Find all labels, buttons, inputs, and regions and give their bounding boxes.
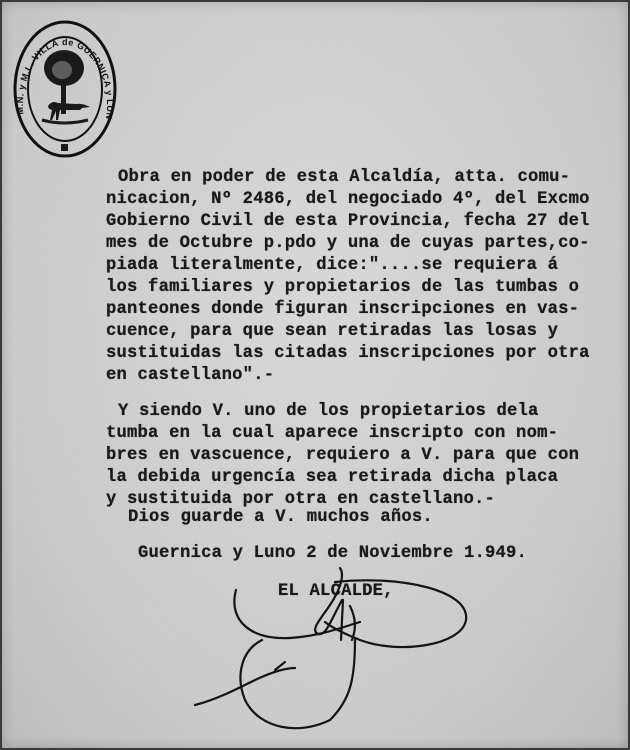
text-line: panteones donde figuran inscripciones en… bbox=[106, 300, 579, 319]
letter-body: Obra en poder de esta Alcaldía, atta. co… bbox=[0, 0, 630, 418]
text-line: sustituidas las citadas inscripciones po… bbox=[106, 344, 590, 363]
text-line: y sustituida por otra en castellano.- bbox=[106, 490, 495, 509]
text-line: la debida urgencía sea retirada dicha pl… bbox=[106, 468, 558, 487]
text-line: los familiares y propietarios de las tum… bbox=[106, 278, 579, 297]
text-line: nicacion, Nº 2486, del negociado 4º, del… bbox=[106, 190, 590, 209]
text-line: Obra en poder de esta Alcaldía, atta. co… bbox=[118, 168, 570, 187]
closing-line: Dios guarde a V. muchos años. bbox=[128, 508, 433, 527]
text-line: mes de Octubre p.pdo y una de cuyas part… bbox=[106, 234, 590, 253]
text-line: Gobierno Civil de esta Provincia, fecha … bbox=[106, 212, 590, 231]
text-line: Y siendo V. uno de los propietarios dela bbox=[118, 402, 539, 421]
text-line: cuence, para que sean retiradas las losa… bbox=[106, 322, 558, 341]
signatory-title: EL ALCALDE, bbox=[278, 582, 394, 601]
text-line: bres en vascuence, requiero a V. para qu… bbox=[106, 446, 579, 465]
place-date-line: Guernica y Luno 2 de Noviembre 1.949. bbox=[138, 544, 527, 563]
text-line: tumba en la cual aparece inscripto con n… bbox=[106, 424, 558, 443]
document-page: M.N. y M.L. VILLA de GUERNICA y LUNO Obr… bbox=[0, 0, 630, 750]
text-line: piada literalmente, dice:"....se requier… bbox=[106, 256, 558, 275]
text-line: en castellano".- bbox=[106, 366, 274, 385]
